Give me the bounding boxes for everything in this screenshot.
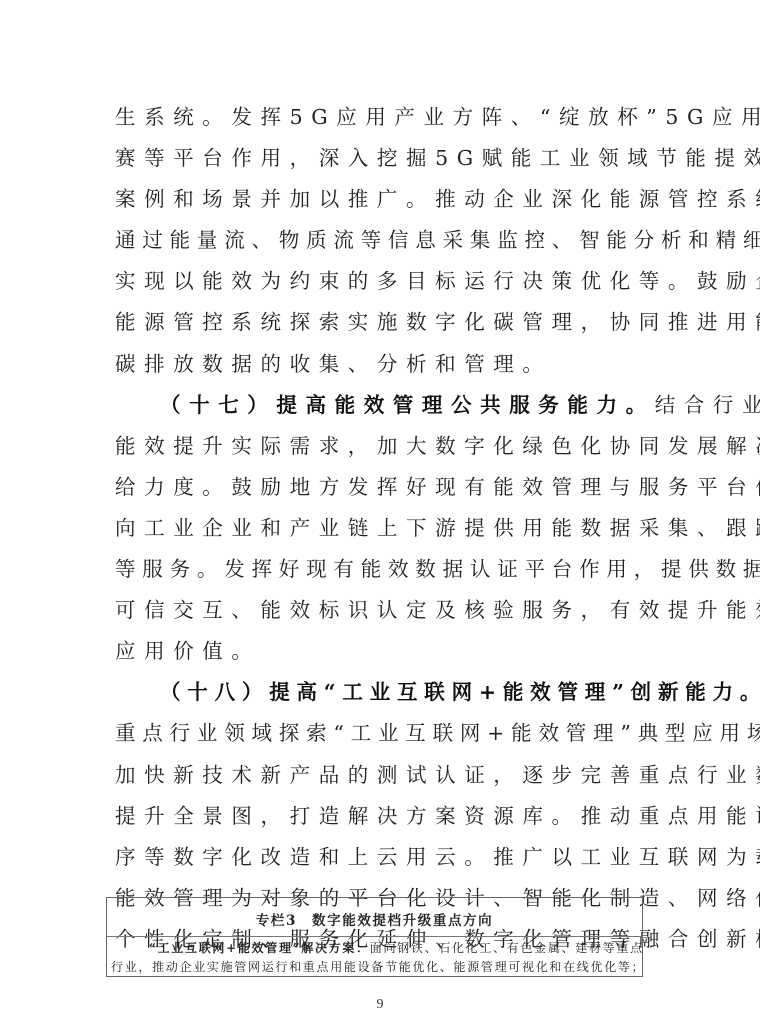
section-heading-18: （十八）提高“工业互联网+能效管理”创新能力。 [160, 680, 760, 704]
sidebar-box: 专栏3 数字能效提档升级重点方向 “工业互联网+能效管理”解决方案：面向钢铁、石… [106, 897, 643, 977]
text-line: （十八）提高“工业互联网+能效管理”创新能力。面向 [115, 672, 645, 713]
text-line: 提升全景图，打造解决方案资源库。推动重点用能设备、工 [115, 796, 645, 837]
text-line: 案例和场景并加以推广。推动企业深化能源管控系统建设， [115, 179, 645, 220]
text-line: 赛等平台作用，深入挖掘5G赋能工业领域节能提效的典型 [115, 138, 645, 179]
paragraph-continuation: 生系统。发挥5G应用产业方阵、“绽放杯”5G应用征集大 赛等平台作用，深入挖掘5… [115, 97, 645, 385]
box-body: “工业互联网+能效管理”解决方案：面向钢铁、石化化工、有色金属、建材等重点 行业… [107, 937, 642, 977]
text-line: 生系统。发挥5G应用产业方阵、“绽放杯”5G应用征集大 [115, 97, 645, 138]
text-run: 结合行业、企业 [655, 393, 760, 417]
text-line: 给力度。鼓励地方发挥好现有能效管理与服务平台作用，面 [115, 467, 645, 508]
document-page: 生系统。发挥5G应用产业方阵、“绽放杯”5G应用征集大 赛等平台作用，深入挖掘5… [0, 0, 760, 1035]
text-line: 重点行业领域探索“工业互联网+能效管理”典型应用场景， [115, 713, 645, 754]
text-line: 向工业企业和产业链上下游提供用能数据采集、跟踪与核算 [115, 508, 645, 549]
text-line: 应用价值。 [115, 631, 645, 672]
paragraph-17: （十七）提高能效管理公共服务能力。结合行业、企业 能效提升实际需求，加大数字化绿… [115, 385, 645, 673]
text-line: 可信交互、能效标识认定及核验服务，有效提升能效数据的 [115, 590, 645, 631]
body-text: 生系统。发挥5G应用产业方阵、“绽放杯”5G应用征集大 赛等平台作用，深入挖掘5… [115, 97, 645, 960]
page-number: 9 [0, 997, 760, 1013]
text-line: 序等数字化改造和上云用云。推广以工业互联网为载体、以 [115, 837, 645, 878]
text-line: 实现以能效为约束的多目标运行决策优化等。鼓励企业基于 [115, 261, 645, 302]
box-line: 行业，推动企业实施管网运行和重点用能设备节能优化、能源管理可视化和在线优化等； [111, 958, 638, 977]
text-line: 等服务。发挥好现有能效数据认证平台作用，提供数据认证、 [115, 549, 645, 590]
text-line: （十七）提高能效管理公共服务能力。结合行业、企业 [115, 385, 645, 426]
box-text-run: 面向钢铁、石化化工、有色金属、建材等重点 [370, 941, 644, 955]
text-line: 加快新技术新产品的测试认证，逐步完善重点行业数字能效 [115, 755, 645, 796]
box-line: “工业互联网+能效管理”解决方案：面向钢铁、石化化工、有色金属、建材等重点 [111, 939, 638, 958]
box-item-label: “工业互联网+能效管理”解决方案： [149, 941, 370, 955]
text-line: 能效提升实际需求，加大数字化绿色化协同发展解决方案供 [115, 426, 645, 467]
section-heading-17: （十七）提高能效管理公共服务能力。 [160, 393, 655, 417]
box-title: 专栏3 数字能效提档升级重点方向 [107, 898, 642, 937]
text-line: 通过能量流、物质流等信息采集监控、智能分析和精细管理， [115, 220, 645, 261]
text-line: 能源管控系统探索实施数字化碳管理，协同推进用能数据与 [115, 302, 645, 343]
text-line: 碳排放数据的收集、分析和管理。 [115, 344, 645, 385]
